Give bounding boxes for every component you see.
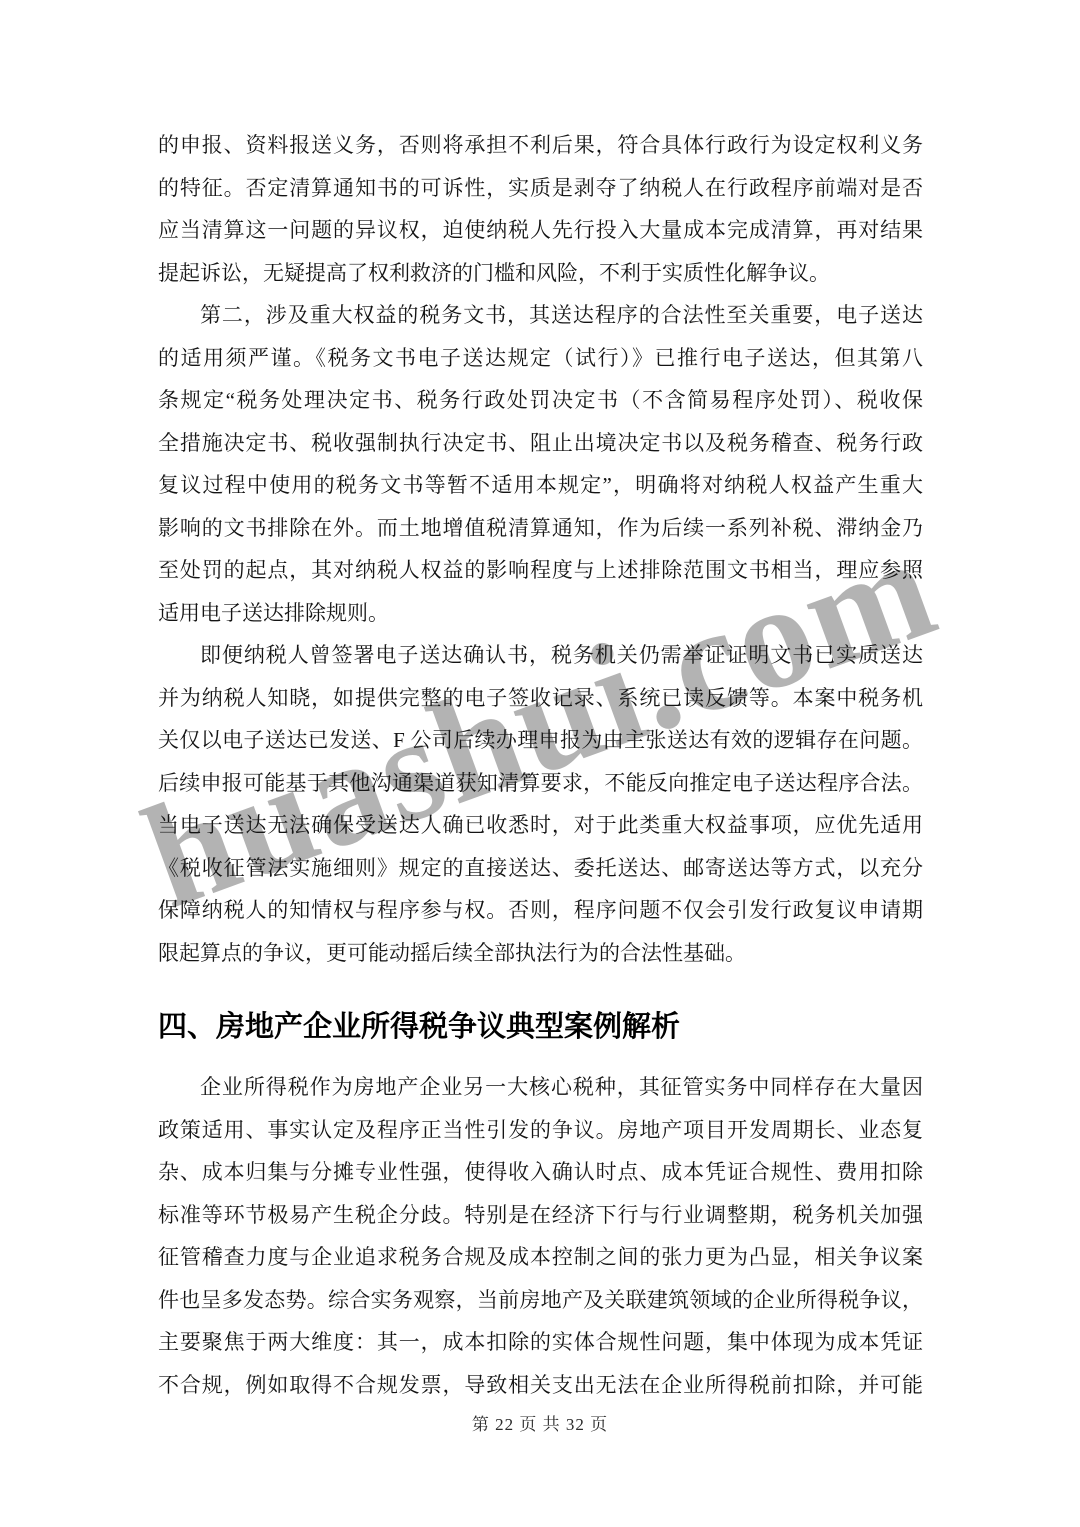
text-line: 标准等环节极易产生税企分歧。特别是在经济下行与行业调整期，税务机关加强 — [158, 1194, 923, 1237]
text-line: 杂、成本归集与分摊专业性强，使得收入确认时点、成本凭证合规性、费用扣除 — [158, 1151, 923, 1194]
text-line: 影响的文书排除在外。而土地增值税清算通知，作为后续一系列补税、滞纳金乃 — [158, 507, 923, 550]
text-line: 条规定“税务处理决定书、税务行政处罚决定书（不含简易程序处罚）、税收保 — [158, 379, 923, 422]
text-line: 件也呈多发态势。综合实务观察，当前房地产及关联建筑领域的企业所得税争议， — [158, 1279, 923, 1322]
text-line: 第二，涉及重大权益的税务文书，其送达程序的合法性至关重要，电子送达 — [158, 294, 923, 337]
text-line: 企业所得税作为房地产企业另一大核心税种，其征管实务中同样存在大量因 — [158, 1066, 923, 1109]
text-line: 适用电子送达排除规则。 — [158, 592, 923, 635]
text-line: 全措施决定书、税收强制执行决定书、阻止出境决定书以及税务稽查、税务行政 — [158, 422, 923, 465]
text-line: 应当清算这一问题的异议权，迫使纳税人先行投入大量成本完成清算，再对结果 — [158, 209, 923, 252]
text-line: 提起诉讼，无疑提高了权利救济的门槛和风险，不利于实质性化解争议。 — [158, 252, 923, 295]
section-heading: 四、房地产企业所得税争议典型案例解析 — [158, 1006, 923, 1048]
text-line: 《税收征管法实施细则》规定的直接送达、委托送达、邮寄送达等方式，以充分 — [158, 847, 923, 890]
page-number: 第 22 页 共 32 页 — [0, 1412, 1080, 1438]
text-line: 至处罚的起点，其对纳税人权益的影响程度与上述排除范围文书相当，理应参照 — [158, 549, 923, 592]
text-line: 征管稽查力度与企业追求税务合规及成本控制之间的张力更为凸显，相关争议案 — [158, 1236, 923, 1279]
text-line: 政策适用、事实认定及程序正当性引发的争议。房地产项目开发周期长、业态复 — [158, 1109, 923, 1152]
text-line: 不合规，例如取得不合规发票，导致相关支出无法在企业所得税前扣除，并可能 — [158, 1364, 923, 1407]
text-line: 保障纳税人的知情权与程序参与权。否则，程序问题不仅会引发行政复议申请期 — [158, 889, 923, 932]
document-page: huashui.com 的申报、资料报送义务，否则将承担不利后果，符合具体行政行… — [0, 0, 1080, 1527]
text-line: 的特征。否定清算通知书的可诉性，实质是剥夺了纳税人在行政程序前端对是否 — [158, 167, 923, 210]
text-line: 当电子送达无法确保受送达人确已收悉时，对于此类重大权益事项，应优先适用 — [158, 804, 923, 847]
text-line: 并为纳税人知晓，如提供完整的电子签收记录、系统已读反馈等。本案中税务机 — [158, 677, 923, 720]
text-line: 的适用须严谨。《税务文书电子送达规定（试行）》已推行电子送达，但其第八 — [158, 337, 923, 380]
text-line: 限起算点的争议，更可能动摇后续全部执法行为的合法性基础。 — [158, 932, 923, 975]
text-line: 的申报、资料报送义务，否则将承担不利后果，符合具体行政行为设定权利义务 — [158, 124, 923, 167]
document-body: 的申报、资料报送义务，否则将承担不利后果，符合具体行政行为设定权利义务 的特征。… — [158, 124, 923, 1406]
text-line: 主要聚焦于两大维度：其一，成本扣除的实体合规性问题，集中体现为成本凭证 — [158, 1321, 923, 1364]
text-line: 关仅以电子送达已发送、F 公司后续办理申报为由主张送达有效的逻辑存在问题。 — [158, 719, 923, 762]
text-line: 后续申报可能基于其他沟通渠道获知清算要求，不能反向推定电子送达程序合法。 — [158, 762, 923, 805]
text-line: 即便纳税人曾签署电子送达确认书，税务机关仍需举证证明文书已实质送达 — [158, 634, 923, 677]
text-line: 复议过程中使用的税务文书等暂不适用本规定”，明确将对纳税人权益产生重大 — [158, 464, 923, 507]
